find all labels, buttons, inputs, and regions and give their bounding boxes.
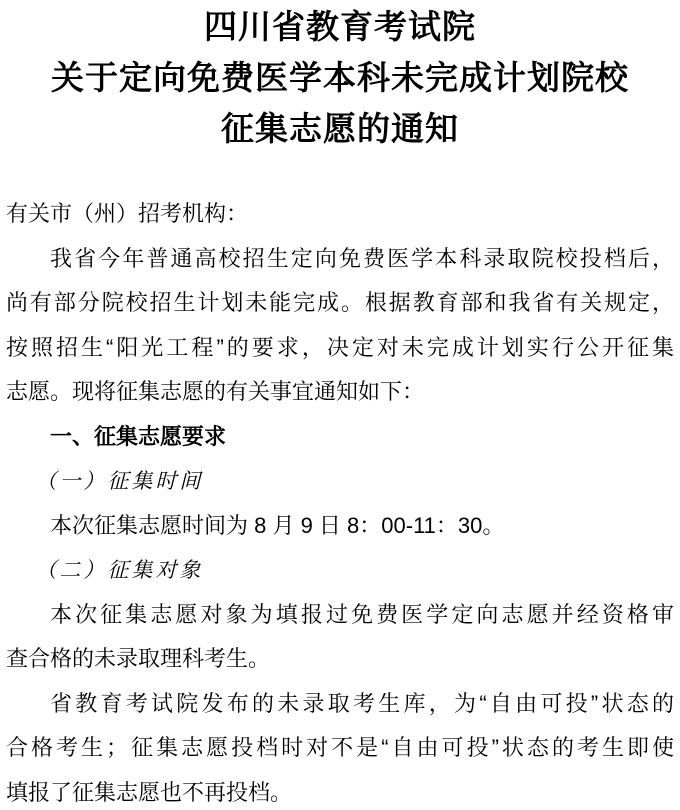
- paragraph-line: 按照招生“阳光工程”的要求，决定对未完成计划实行公开征集: [6, 326, 674, 371]
- page-background: { "page": { "background_color": "#ffffff…: [0, 0, 680, 810]
- paragraph-line: 尚有部分院校招生计划未能完成。根据教育部和我省有关规定，: [6, 281, 674, 326]
- subsection-1-heading: （一）征集时间: [6, 459, 674, 504]
- subsection-2-heading: （二）征集对象: [6, 548, 674, 593]
- paragraph-line: 省教育考试院发布的未录取考生库，为“自由可投”状态的: [6, 682, 674, 727]
- document-title: 四川省教育考试院 关于定向免费医学本科未完成计划院校 征集志愿的通知: [6, 0, 674, 154]
- title-line-notice: 征集志愿的通知: [6, 103, 674, 154]
- document-body: 有关市（州）招考机构： 我省今年普通高校招生定向免费医学本科录取院校投档后， 尚…: [6, 192, 674, 810]
- paragraph-line: 志愿。现将征集志愿的有关事宜通知如下：: [6, 370, 674, 415]
- section-1-heading: 一、征集志愿要求: [6, 415, 674, 460]
- collection-time-line: 本次征集志愿时间为 8 月 9 日 8：00-11：30。: [6, 504, 674, 549]
- paragraph-line: 填报了征集志愿也不再投档。: [6, 771, 674, 810]
- paragraph-line: 我省今年普通高校招生定向免费医学本科录取院校投档后，: [6, 237, 674, 282]
- paragraph-line: 本次征集志愿对象为填报过免费医学定向志愿并经资格审: [6, 593, 674, 638]
- notice-document: 四川省教育考试院 关于定向免费医学本科未完成计划院校 征集志愿的通知 有关市（州…: [0, 0, 680, 810]
- title-line-org: 四川省教育考试院: [6, 1, 674, 52]
- title-line-subject: 关于定向免费医学本科未完成计划院校: [6, 52, 674, 103]
- paragraph-line: 查合格的未录取理科考生。: [6, 637, 674, 682]
- paragraph-line: 合格考生；征集志愿投档时对不是“自由可投”状态的考生即使: [6, 726, 674, 771]
- salutation-line: 有关市（州）招考机构：: [6, 192, 674, 237]
